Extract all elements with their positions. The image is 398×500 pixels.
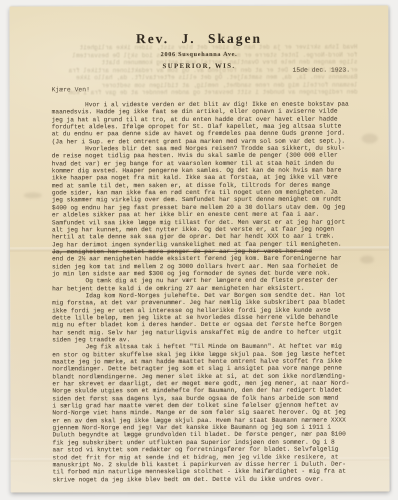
bleedthrough-line: Baumanns ven. Ia, da, men samtaljet. Og … bbox=[40, 74, 358, 82]
letter-date: 15de dec. 1923. bbox=[293, 67, 351, 75]
letter-line: aar stod vi knyttet som redaktør og forr… bbox=[53, 446, 357, 454]
letter-line: Og tænk dig at jeg nu har vært her længe… bbox=[52, 277, 356, 285]
letter-line: hertil at tale denne sak saa gjør de opr… bbox=[52, 233, 356, 241]
ink-smudge bbox=[360, 256, 374, 264]
letter-salutation: Kjære Ven! bbox=[52, 86, 90, 94]
letter-body: Hvor i al videste verden er det blit av … bbox=[52, 101, 357, 484]
letter-line: er aldeles sikker paa at her ikke blir e… bbox=[52, 211, 356, 219]
letterhead-name: Rev. J. Skagen bbox=[9, 31, 388, 48]
letter-line: skrive noget da jeg ikke blev bedt om de… bbox=[53, 475, 357, 483]
letter-line: har sendt mig. Selv har jeg naturligvis … bbox=[52, 328, 356, 336]
ink-smudge bbox=[24, 192, 42, 198]
ink-smudge bbox=[362, 134, 378, 144]
scan-background: Hvad Isha skriver er ja det han sa sider… bbox=[0, 0, 398, 500]
letterhead-address: 2006 Susquehanna Ave. bbox=[9, 51, 388, 59]
letter-line: til forbød min naturlige menneskelige st… bbox=[53, 468, 357, 476]
letter-page: Hvad Isha skriver er ja det han sa sider… bbox=[9, 6, 389, 493]
